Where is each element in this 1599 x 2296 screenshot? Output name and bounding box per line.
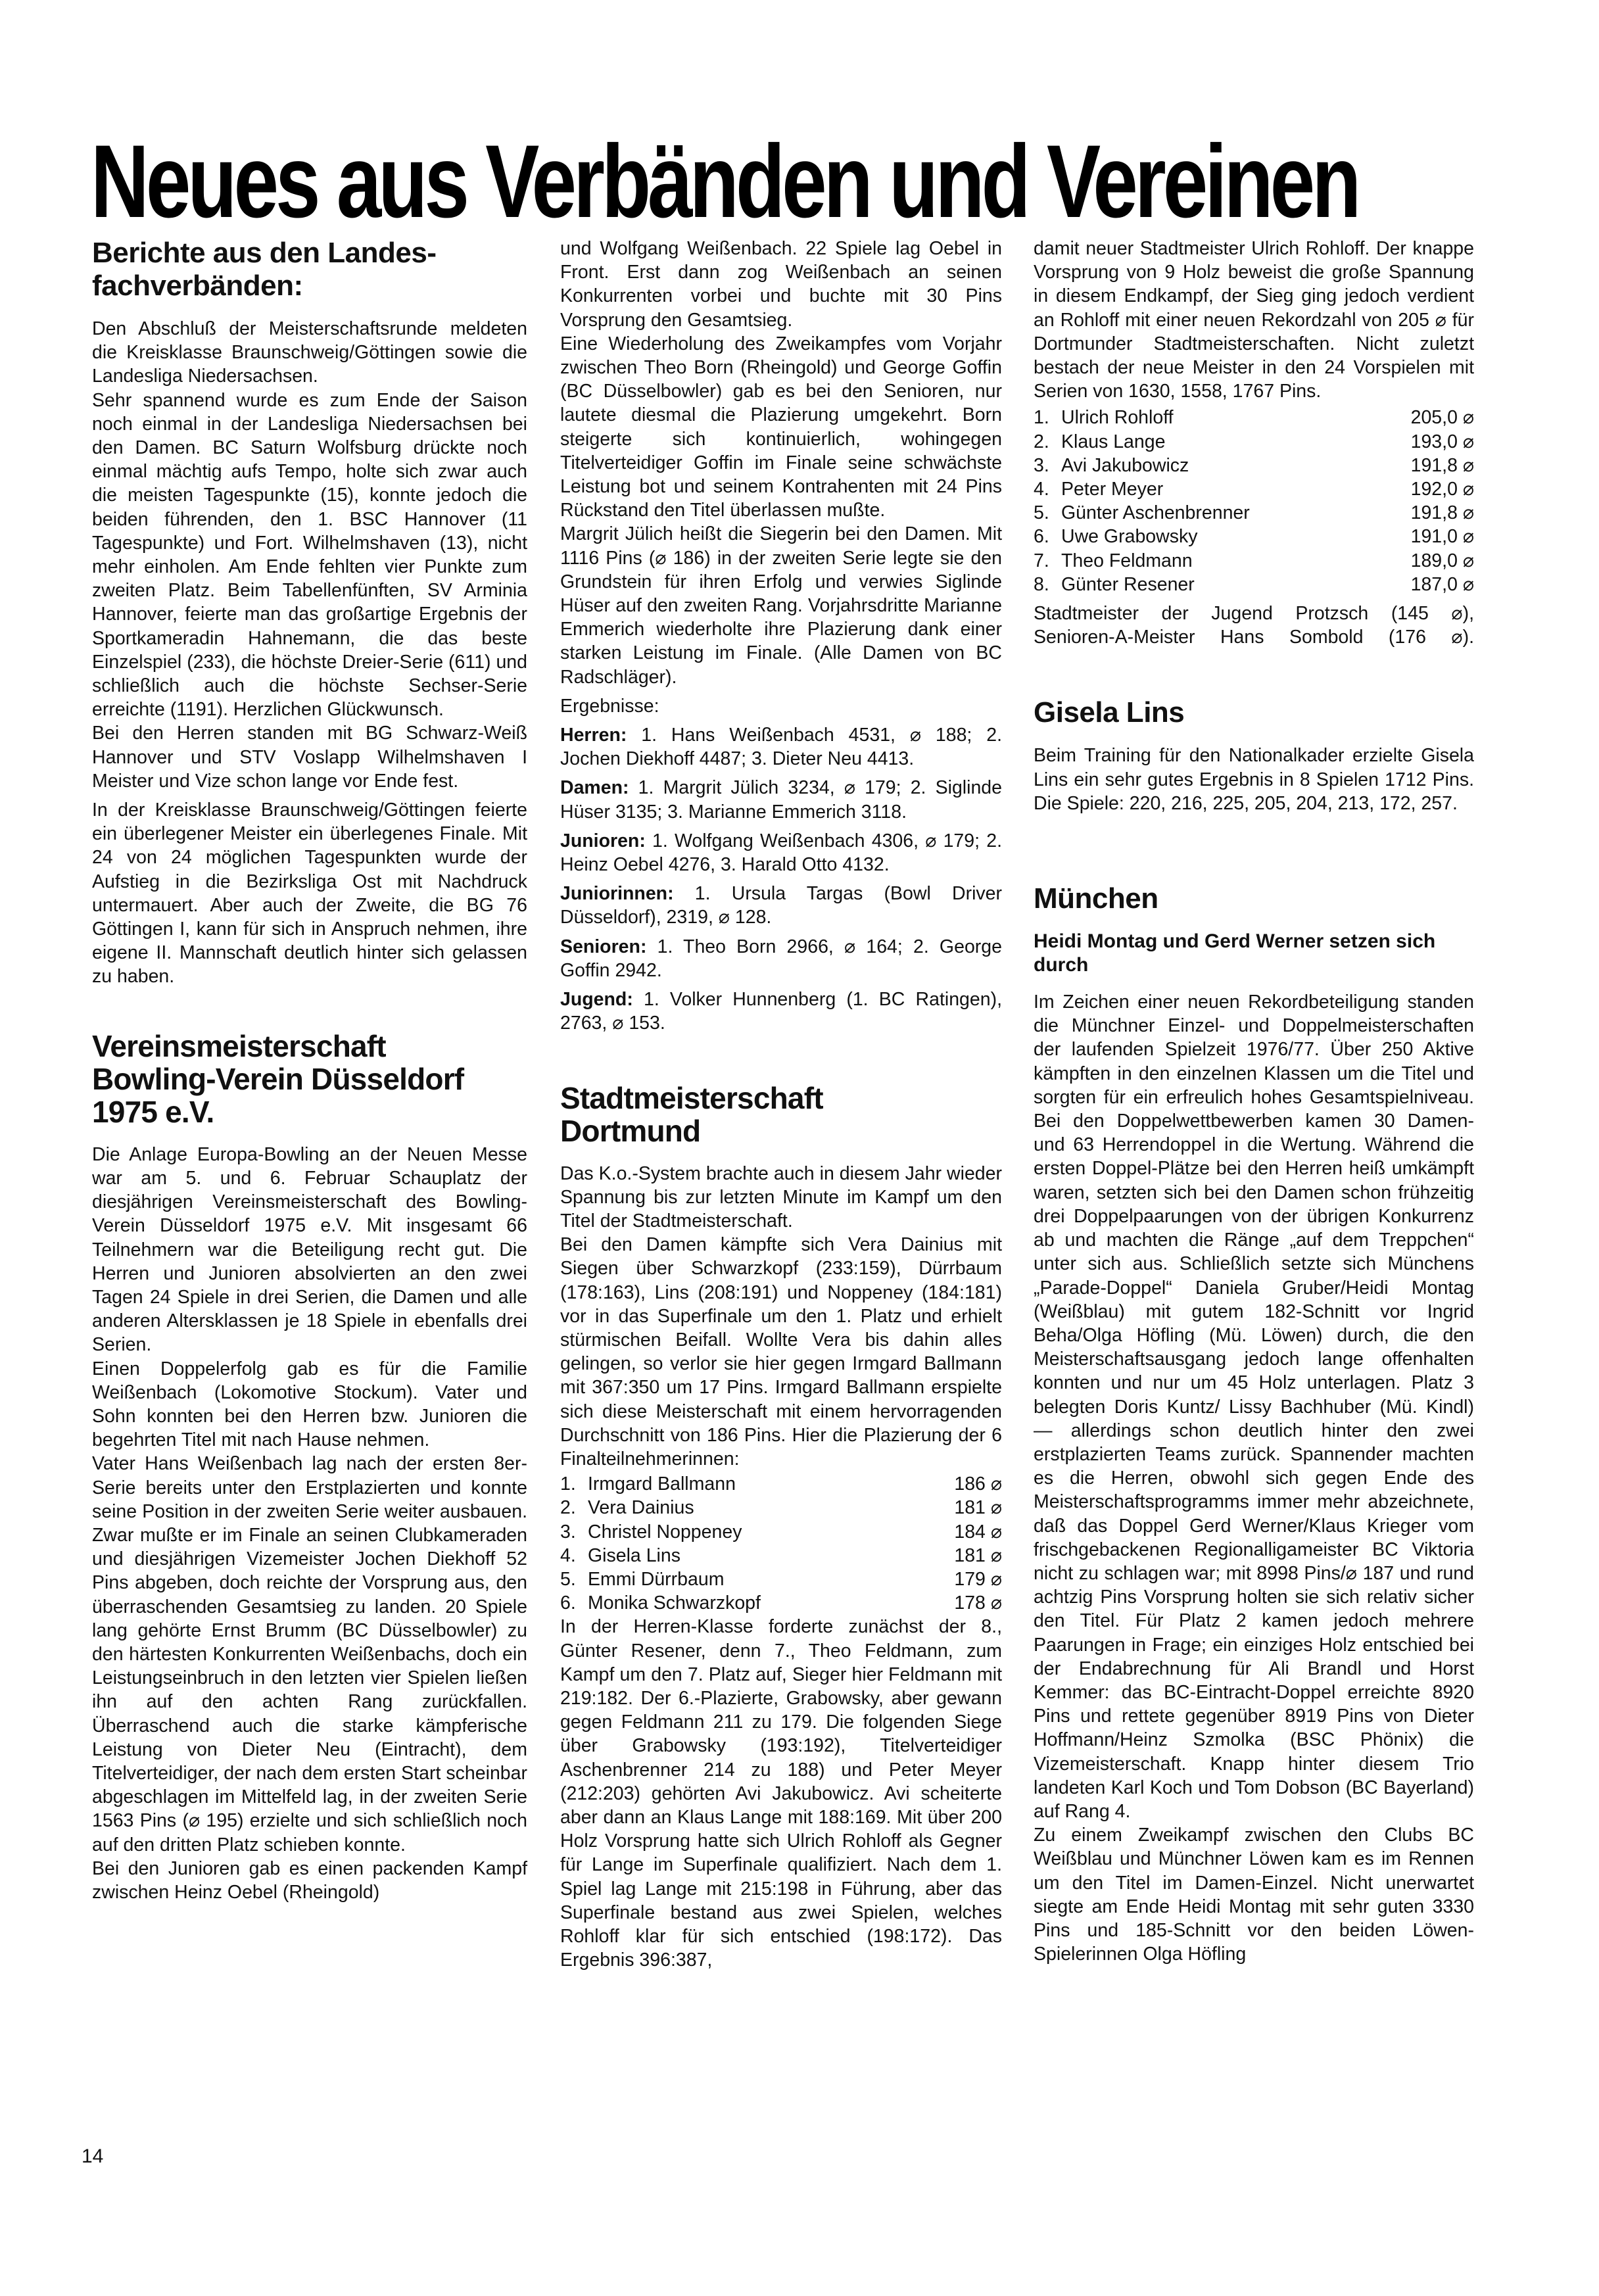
rank: 1. [1034,406,1061,429]
result-label: Damen: [560,777,629,798]
spacer [1034,649,1474,696]
paragraph: In der Herren-Klasse forderte zunächst d… [560,1615,1002,1972]
paragraph: Die Anlage Europa-Bowling an der Neuen M… [92,1143,527,1357]
player-name: Monika Schwarzkopf [588,1592,761,1614]
ranking-row: 7.Theo Feldmann189,0 ⌀ [1034,549,1474,573]
paragraph: Margrit Jülich heißt die Siegerin bei de… [560,522,1002,688]
heading-line: Bowling-Verein Düsseldorf [92,1062,464,1096]
result-juniorinnen: Juniorinnen: 1. Ursula Targas (Bowl Driv… [560,882,1002,929]
spacer [560,1036,1002,1082]
average: 192,0 ⌀ [1411,477,1474,501]
average: 189,0 ⌀ [1411,549,1474,573]
page-title: Neues aus Verbänden und Vereinen [91,135,1358,228]
paragraph: Senioren-A-Meister Hans Sombold (176 ⌀). [1034,625,1474,649]
player-name: Theo Feldmann [1061,550,1193,571]
ranking-row: 6.Monika Schwarzkopf178 ⌀ [560,1591,1002,1615]
result-label: Junioren: [560,830,646,851]
rank: 2. [1034,430,1061,454]
paragraph: Zu einem Zweikampf zwischen den Clubs BC… [1034,1823,1474,1966]
ranking-row: 3.Christel Noppeney184 ⌀ [560,1520,1002,1544]
paragraph: Den Abschluß der Meisterschaftsrunde mel… [92,317,527,389]
average: 184 ⌀ [954,1520,1002,1544]
rank: 4. [560,1544,588,1567]
ranking-row: 4.Peter Meyer192,0 ⌀ [1034,477,1474,501]
paragraph: Eine Wiederholung des Zweikampfes vom Vo… [560,332,1002,523]
ranking-row: 6.Uwe Grabowsky191,0 ⌀ [1034,525,1474,548]
section-heading-gisela-lins: Gisela Lins [1034,696,1474,729]
rank: 3. [560,1520,588,1544]
ranking-row: 4.Gisela Lins181 ⌀ [560,1544,1002,1567]
section-heading-muenchen: München [1034,882,1474,915]
rank: 6. [1034,525,1061,548]
ranking-row: 1.Irmgard Ballmann186 ⌀ [560,1472,1002,1496]
paragraph: damit neuer Stadtmeister Ulrich Rohloff.… [1034,237,1474,403]
player-name: Christel Noppeney [588,1521,742,1543]
player-name: Uwe Grabowsky [1061,526,1197,547]
rank: 7. [1034,549,1061,573]
rank: 6. [560,1591,588,1615]
player-name: Irmgard Ballmann [588,1473,736,1495]
player-name: Ulrich Rohloff [1061,407,1174,428]
heading-line: Stadtmeisterschaft [560,1081,823,1115]
section-heading-stadtmeisterschaft-dortmund: Stadtmeisterschaft Dortmund [560,1082,1002,1147]
player-name: Günter Aschenbrenner [1061,502,1250,523]
rank: 8. [1034,573,1061,596]
women-ranking-list: 1.Irmgard Ballmann186 ⌀ 2.Vera Dainius18… [560,1472,1002,1615]
average: 186 ⌀ [954,1472,1002,1496]
column-right: damit neuer Stadtmeister Ulrich Rohloff.… [1034,237,1474,1966]
result-label: Senioren: [560,936,646,957]
heading-line: Dortmund [560,1114,700,1148]
player-name: Avi Jakubowicz [1061,455,1189,476]
column-left: Berichte aus den Landes- fachverbänden: … [92,237,527,1904]
paragraph: Bei den Junioren gab es einen packenden … [92,1857,527,1904]
average: 181 ⌀ [954,1544,1002,1567]
section-subheading-muenchen: Heidi Montag und Gerd Werner setzen sich… [1034,930,1474,977]
rank: 5. [1034,501,1061,525]
ranking-row: 2.Klaus Lange193,0 ⌀ [1034,430,1474,454]
page-number: 14 [82,2145,103,2168]
heading-line: Berichte aus den Landes- [92,237,436,269]
paragraph: Bei den Herren standen mit BG Schwarz-We… [92,721,527,793]
paragraph: Vater Hans Weißenbach lag nach der erste… [92,1452,527,1856]
player-name: Klaus Lange [1061,431,1165,452]
paragraph: Einen Doppelerfolg gab es für die Famili… [92,1357,527,1452]
ranking-row: 2.Vera Dainius181 ⌀ [560,1496,1002,1519]
average: 181 ⌀ [954,1496,1002,1519]
men-ranking-list: 1.Ulrich Rohloff205,0 ⌀ 2.Klaus Lange193… [1034,406,1474,596]
paragraph: und Wolfgang Weißenbach. 22 Spiele lag O… [560,237,1002,332]
rank: 5. [560,1567,588,1591]
ranking-row: 5.Emmi Dürrbaum179 ⌀ [560,1567,1002,1591]
rank: 3. [1034,454,1061,477]
paragraph: Beim Training für den Nationalkader erzi… [1034,744,1474,815]
average: 191,0 ⌀ [1411,525,1474,548]
section-heading-vereinsmeisterschaft: Vereinsmeisterschaft Bowling-Verein Düss… [92,1030,527,1128]
paragraph: Das K.o.-System brachte auch in diesem J… [560,1162,1002,1233]
paragraph: Bei den Damen kämpfte sich Vera Dainius … [560,1233,1002,1471]
rank: 2. [560,1496,588,1519]
spacer [1034,815,1474,882]
ranking-row: 1.Ulrich Rohloff205,0 ⌀ [1034,406,1474,429]
average: 193,0 ⌀ [1411,430,1474,454]
heading-line: 1975 e.V. [92,1095,214,1129]
player-name: Vera Dainius [588,1497,694,1518]
column-middle: und Wolfgang Weißenbach. 22 Spiele lag O… [560,237,1002,1972]
rank: 4. [1034,477,1061,501]
average: 205,0 ⌀ [1411,406,1474,429]
ranking-row: 5.Günter Aschenbrenner191,8 ⌀ [1034,501,1474,525]
player-name: Peter Meyer [1061,479,1163,500]
result-senioren: Senioren: 1. Theo Born 2966, ⌀ 164; 2. G… [560,935,1002,982]
heading-line: Vereinsmeisterschaft [92,1029,386,1063]
spacer [92,989,527,1030]
result-label: Herren: [560,725,627,746]
average: 191,8 ⌀ [1411,454,1474,477]
paragraph: Im Zeichen einer neuen Rekordbeteiligung… [1034,990,1474,1823]
result-damen: Damen: 1. Margrit Jülich 3234, ⌀ 179; 2.… [560,776,1002,823]
result-junioren: Junioren: 1. Wolfgang Weißenbach 4306, ⌀… [560,829,1002,876]
results-label: Ergebnisse: [560,694,1002,718]
result-label: Jugend: [560,989,633,1010]
player-name: Günter Resener [1061,574,1195,595]
result-label: Juniorinnen: [560,883,674,904]
ranking-row: 3.Avi Jakubowicz191,8 ⌀ [1034,454,1474,477]
average: 187,0 ⌀ [1411,573,1474,596]
player-name: Gisela Lins [588,1545,680,1566]
ranking-row: 8.Günter Resener187,0 ⌀ [1034,573,1474,596]
paragraph: Stadtmeister der Jugend Protzsch (145 ⌀)… [1034,602,1474,625]
heading-line: fachverbänden: [92,270,303,302]
player-name: Emmi Dürrbaum [588,1569,724,1590]
result-text: 1. Hans Weißenbach 4531, ⌀ 188; 2. Joche… [560,725,1002,769]
paragraph: Sehr spannend wurde es zum Ende der Sais… [92,389,527,722]
result-jugend: Jugend: 1. Volker Hunnenberg (1. BC Rati… [560,988,1002,1035]
section-heading-landesfachverbaende: Berichte aus den Landes- fachverbänden: [92,237,527,302]
average: 178 ⌀ [954,1591,1002,1615]
rank: 1. [560,1472,588,1496]
average: 179 ⌀ [954,1567,1002,1591]
paragraph: In der Kreisklasse Braunschweig/Göttinge… [92,798,527,989]
result-herren: Herren: 1. Hans Weißenbach 4531, ⌀ 188; … [560,723,1002,771]
average: 191,8 ⌀ [1411,501,1474,525]
